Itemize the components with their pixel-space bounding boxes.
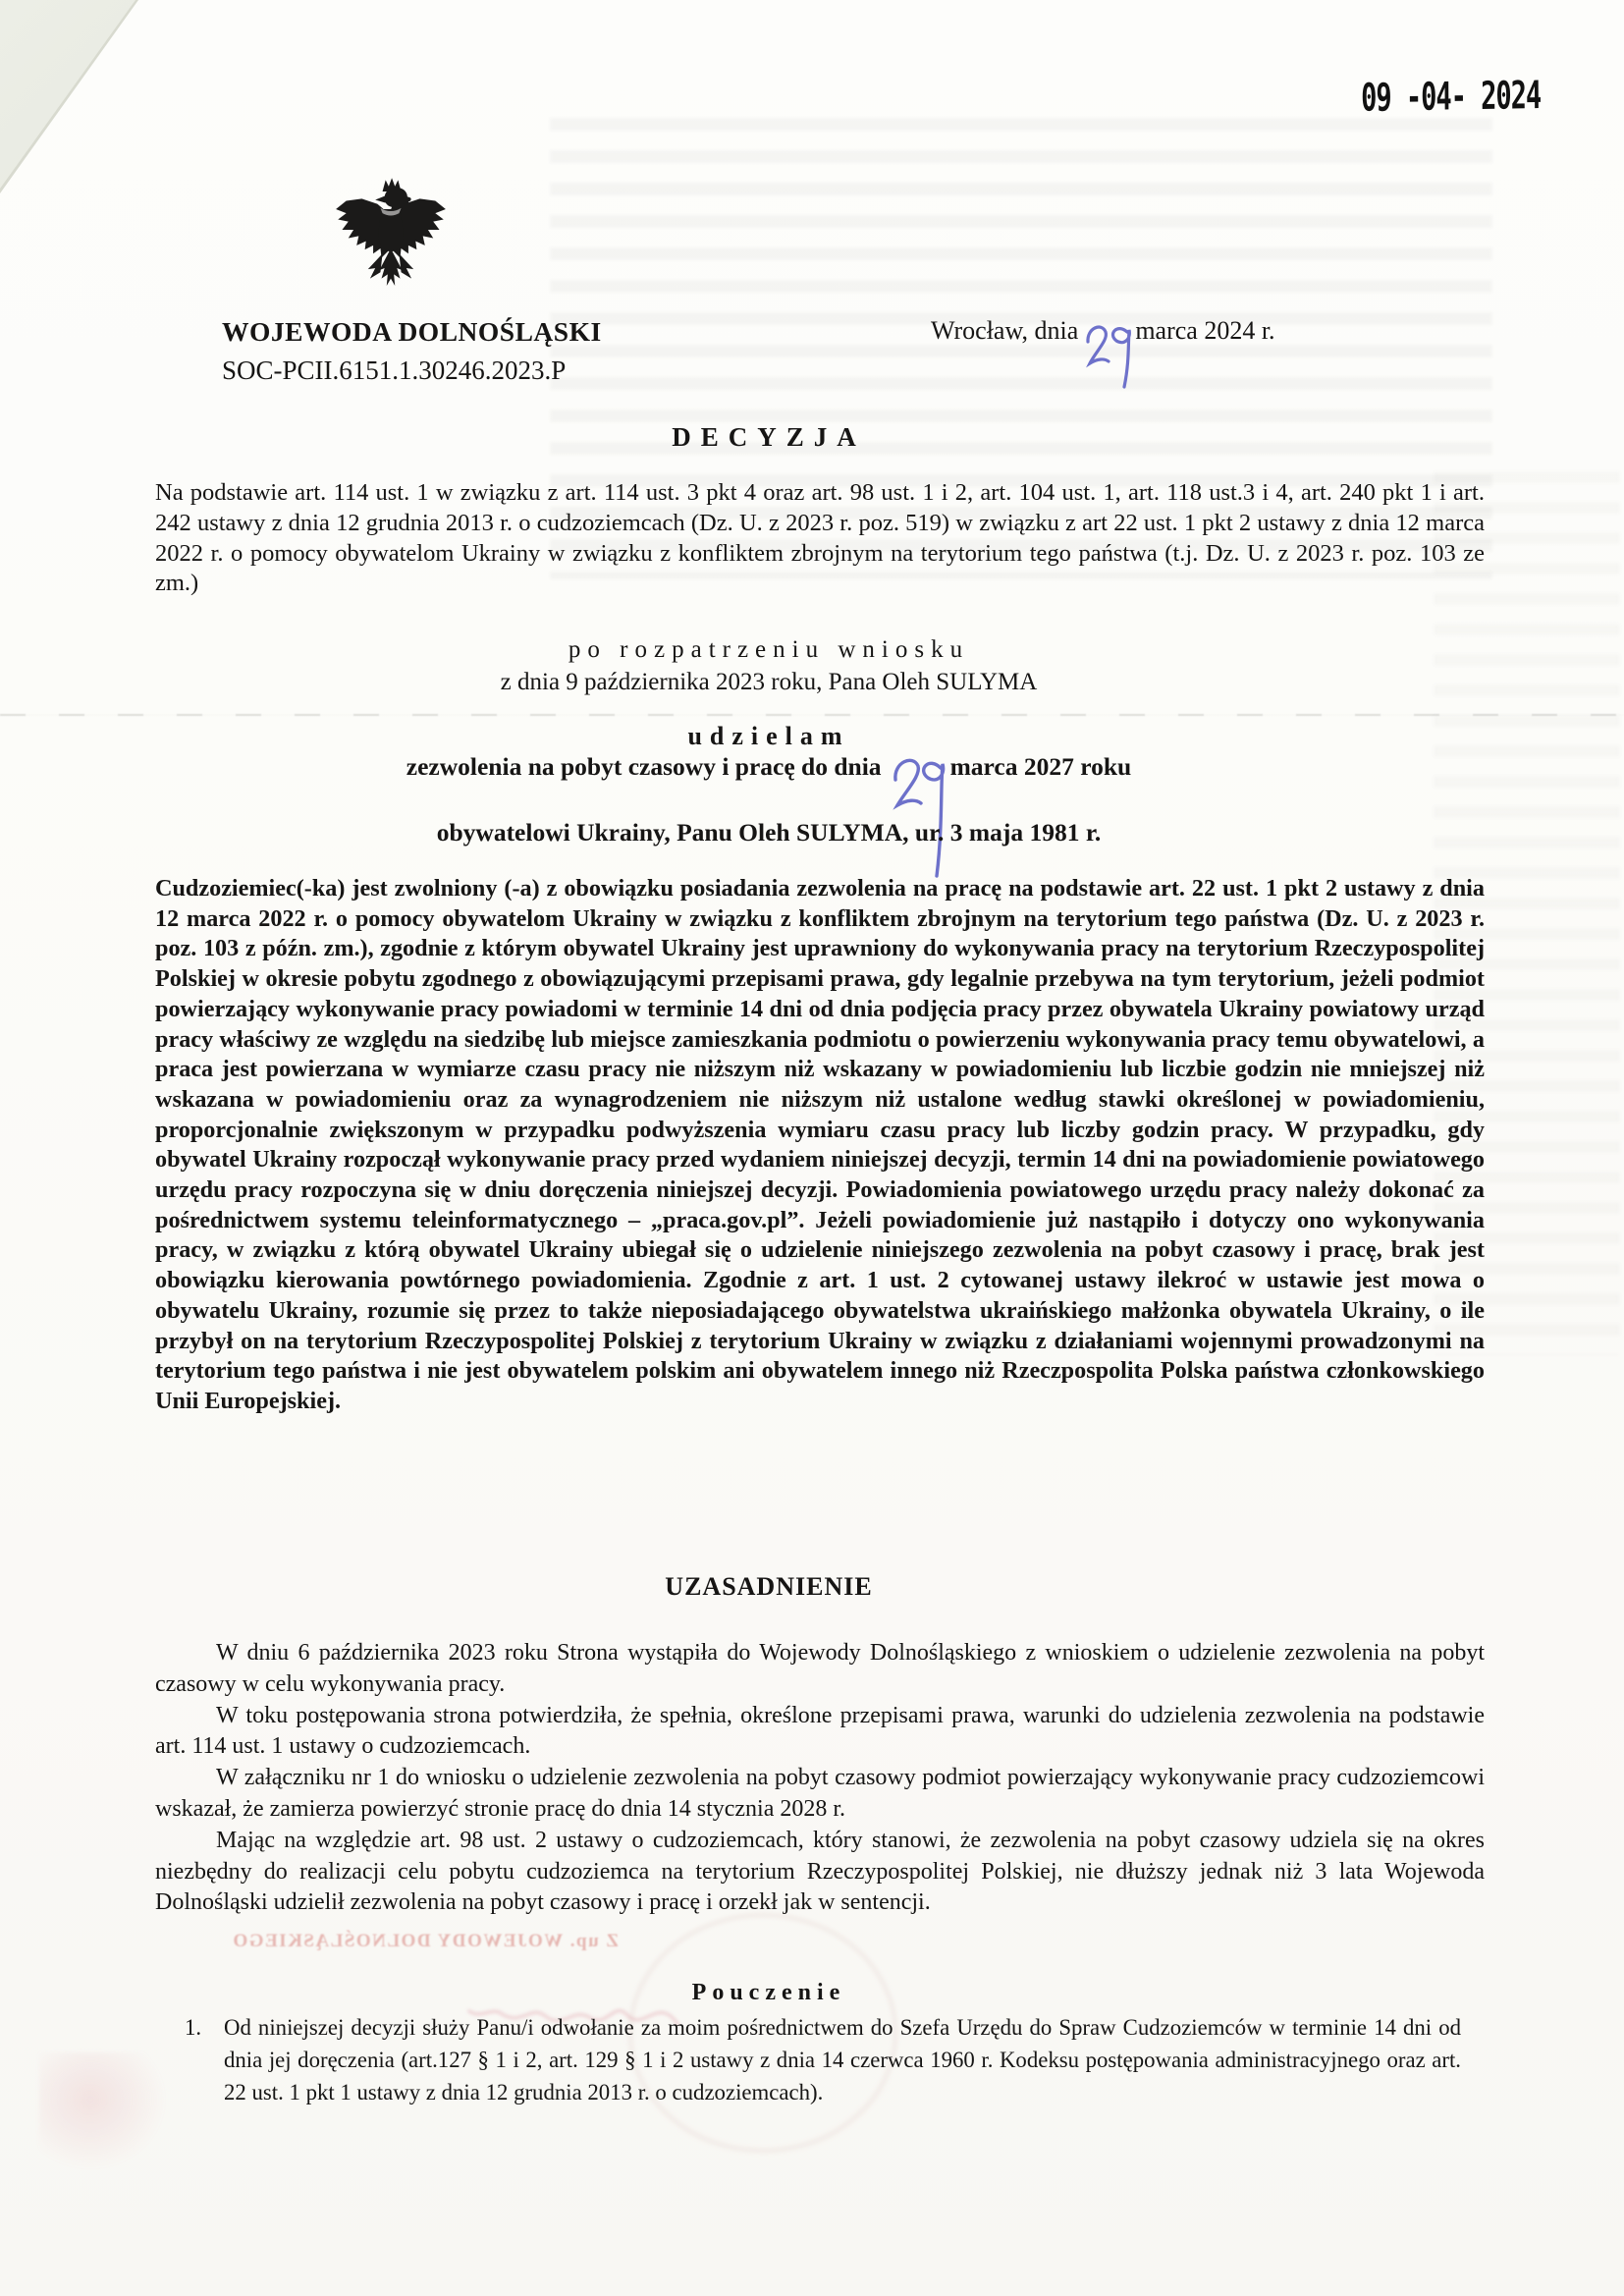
authority-name: WOJEWODA DOLNOŚLĄSKI [222,316,602,348]
instruction-item-number: 1. [185,2011,224,2108]
justification-paragraph: W załączniku nr 1 do wniosku o udzieleni… [155,1763,1485,1826]
grant-line: zezwolenia na pobyt czasowy i pracę do d… [137,752,1400,782]
instruction-item-text: Od niniejszej decyzji służy Panu/i odwoł… [224,2011,1461,2108]
justification-title: UZASADNIENIE [137,1572,1400,1602]
place-and-date-line: Wrocław, dnia marca 2024 r. [931,316,1275,346]
justification-paragraph: W toku postępowania strona potwierdziła,… [155,1701,1485,1764]
decision-title: DECYZJA [137,422,1400,453]
decision-body-paragraph: Cudzoziemiec(-ka) jest zwolniony (-a) z … [155,874,1485,1417]
received-date-stamp: 09 -04- 2024 [1361,74,1541,121]
grant-line-suffix: marca 2027 roku [950,752,1132,782]
handwritten-day-slot [882,774,950,775]
case-number: SOC-PCII.6151.1.30246.2023.P [222,355,566,386]
grant-line-prefix: zezwolenia na pobyt czasowy i pracę do d… [406,752,882,782]
legal-basis-paragraph: Na podstawie art. 114 ust. 1 w związku z… [155,478,1485,599]
instruction-title: Pouczenie [137,1980,1400,2006]
polish-eagle-emblem [334,173,448,304]
scan-ghost-text: Z up. WOJEWODY DOLNOŚLĄSKIEGO [135,1931,619,1952]
grant-word: udzielam [137,722,1400,751]
handwritten-day-ink [1080,308,1137,403]
place-date-prefix: Wrocław, dnia [931,316,1078,346]
after-review-line: po rozpatrzeniu wniosku [137,636,1400,664]
place-date-suffix: marca 2024 r. [1135,316,1274,346]
instruction-list: 1. Od niniejszej decyzji służy Panu/i od… [185,2011,1461,2108]
instruction-item: 1. Od niniejszej decyzji służy Panu/i od… [185,2011,1461,2108]
scan-corner-fold [0,0,196,255]
justification-paragraph: Mając na względzie art. 98 ust. 2 ustawy… [155,1826,1485,1919]
scan-page-edge-line [0,714,1624,716]
beneficiary-line: obywatelowi Ukrainy, Panu Oleh SULYMA, u… [137,818,1400,847]
justification-paragraph: W dniu 6 października 2023 roku Strona w… [155,1638,1485,1701]
handwritten-day-ink [886,740,948,888]
application-line: z dnia 9 października 2023 roku, Pana Ol… [137,669,1400,696]
handwritten-day-slot [1078,338,1135,339]
scanned-decision-document: 09 -04- 2024 WOJEWODA DOLNOŚLĄSKI SOC-PC… [0,0,1624,2296]
justification-paragraphs: W dniu 6 października 2023 roku Strona w… [155,1638,1485,1919]
scan-ghost-smudge [39,2052,167,2170]
